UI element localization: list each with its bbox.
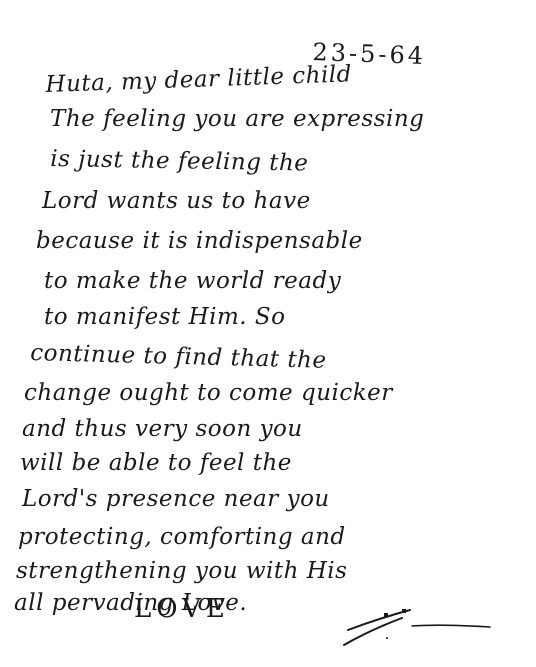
- letter-line: continue to find that the: [30, 340, 327, 374]
- letter-line: to make the world ready: [44, 268, 341, 294]
- letter-line: The feeling you are expressing: [50, 106, 424, 132]
- letter-line: to manifest Him. So: [44, 304, 286, 330]
- letter-line: will be able to feel the: [20, 450, 292, 476]
- letter-line: because it is indispensable: [36, 228, 363, 254]
- signature-icon: [340, 600, 510, 650]
- letter-line: and thus very soon you: [22, 416, 303, 442]
- letter-salutation: Huta, my dear little child: [45, 61, 352, 98]
- letter-line: Lord's presence near you: [22, 486, 330, 512]
- letter-line: change ought to come quicker: [24, 380, 393, 406]
- letter-line: is just the feeling the: [50, 146, 309, 177]
- letter-closing: LOVE: [134, 594, 230, 624]
- letter-line: protecting, comforting and: [18, 524, 346, 550]
- letter-line: Lord wants us to have: [42, 188, 311, 214]
- letter-line: strengthening you with His: [16, 558, 347, 584]
- handwritten-letter-page: 23-5-64 Huta, my dear little child The f…: [0, 0, 536, 667]
